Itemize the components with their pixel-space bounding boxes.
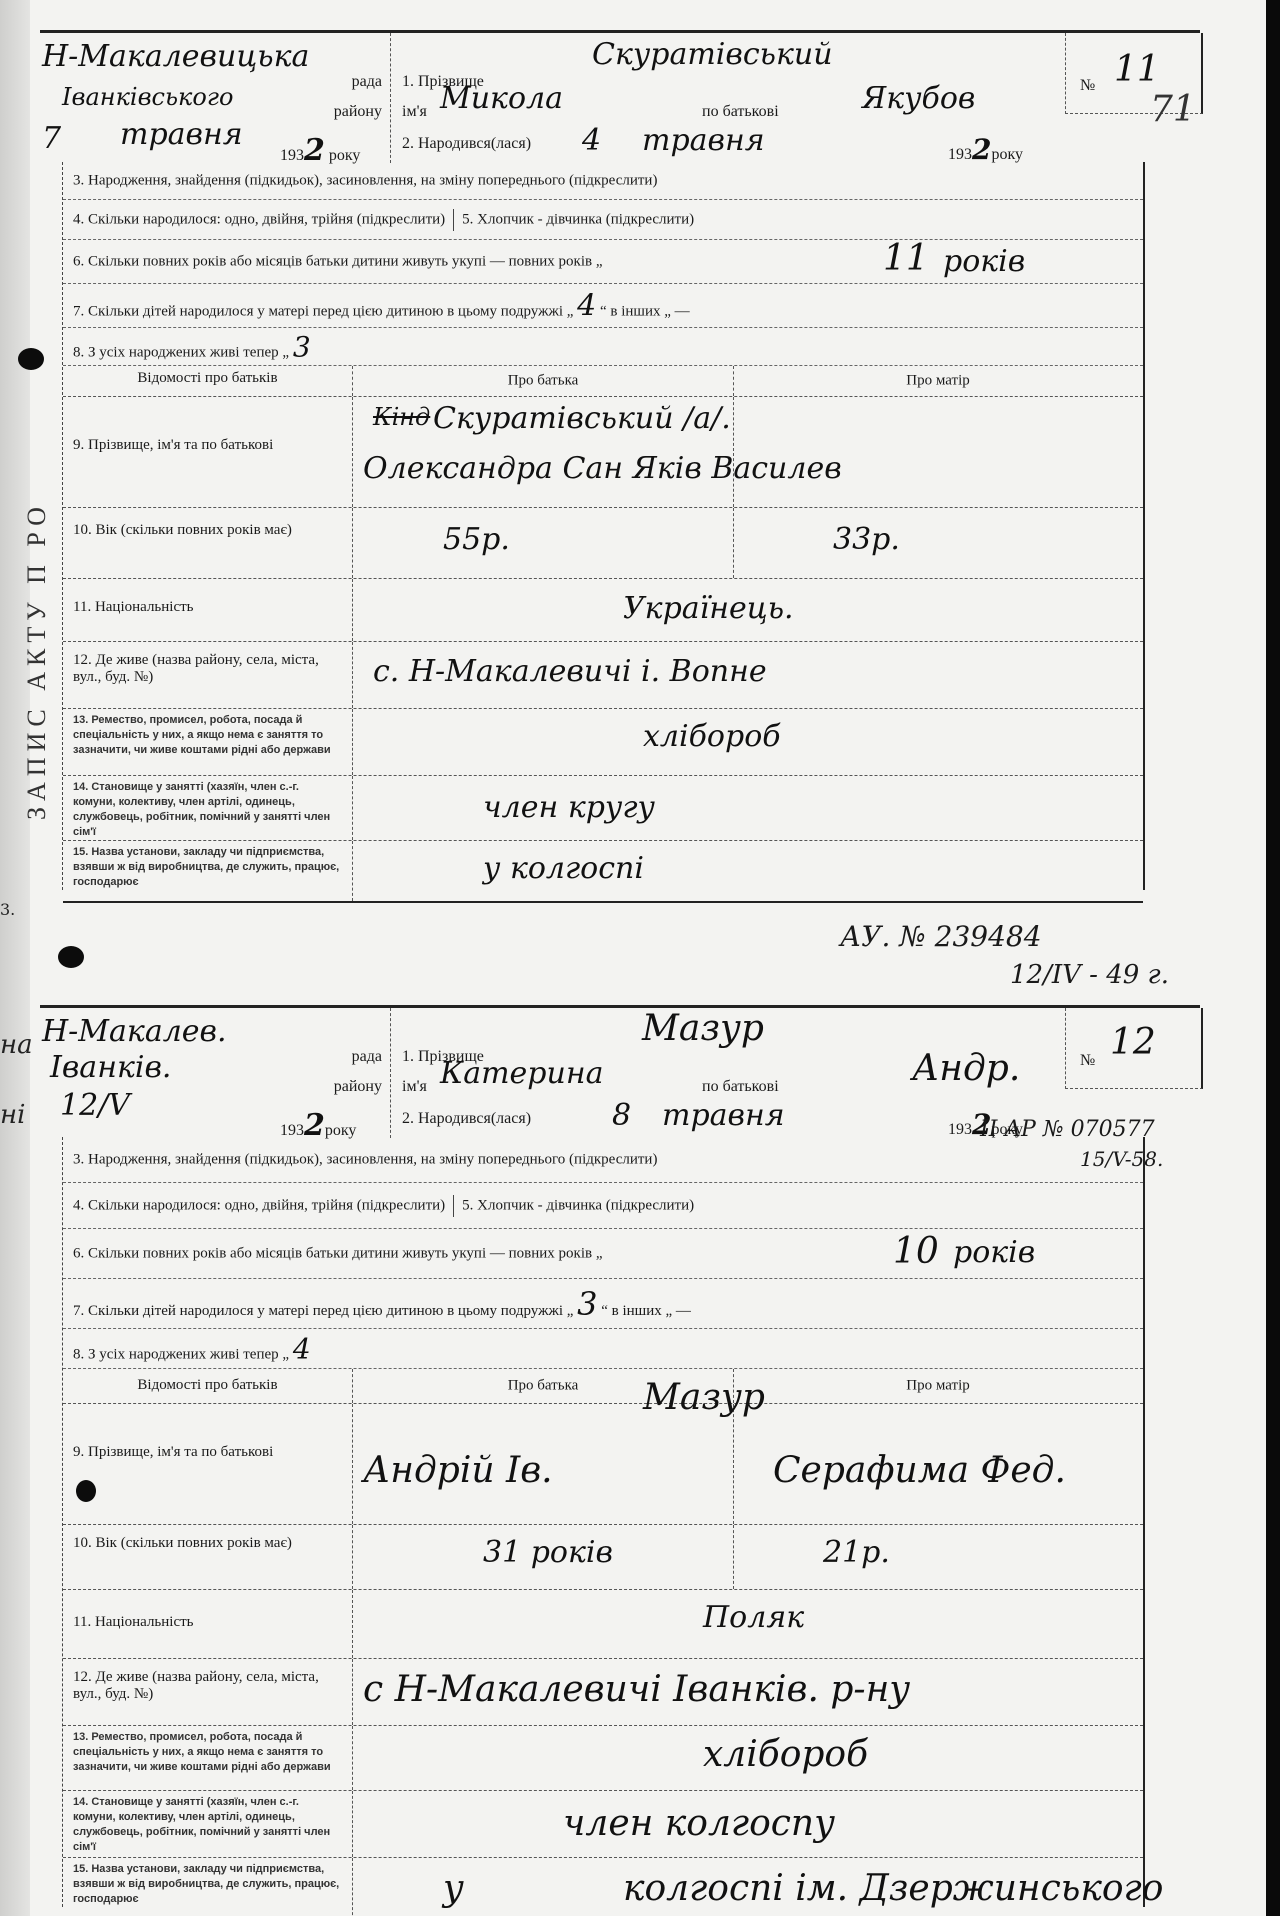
mother-age: 33р. xyxy=(833,522,900,557)
patronymic-value: Андр. xyxy=(912,1048,1020,1089)
mother-age: 21р. xyxy=(823,1535,890,1570)
field-7-other-label: “ в інших „ xyxy=(601,1303,672,1319)
field-11-row: 11. Національність Поляк xyxy=(63,1590,1143,1659)
born-day: 8 xyxy=(612,1098,631,1133)
patronymic-label: по батькові xyxy=(702,1078,779,1096)
field-6-value: 11 xyxy=(883,238,929,279)
field-15-row: 15. Назва установи, закладу чи підприємс… xyxy=(63,841,1143,903)
field-5-label: 5. Хлопчик - дівчинка (підкреслити) xyxy=(462,1197,694,1213)
field-15-row: 15. Назва установи, закладу чи підприємс… xyxy=(63,1858,1143,1916)
field-11-label: 11. Національність xyxy=(63,1590,353,1658)
mother-age-cell: 33р. xyxy=(733,508,1143,578)
field-13-label: 13. Ремество, промисел, робота, посада й… xyxy=(63,709,353,775)
nationality-value: Українець. xyxy=(623,591,794,626)
field-12-row: 12. Де живе (назва району, села, міста, … xyxy=(63,1659,1143,1726)
field-11-label: 11. Національність xyxy=(63,579,353,641)
raionu-label: району xyxy=(334,1078,382,1096)
field-14-label: 14. Становище у занятті (хазяїн, член с.… xyxy=(63,1791,353,1857)
field-8-value: 3 xyxy=(293,330,311,363)
father-age-cell: 31 років xyxy=(353,1525,734,1589)
field-4-label: 4. Скільки народилося: одно, двійня, трі… xyxy=(73,211,445,227)
born-day: 4 xyxy=(582,123,601,158)
field-9-row: 9. Прізвище, ім'я та по батькові Андрій … xyxy=(63,1404,1143,1525)
first-name-label: ім'я xyxy=(402,103,427,121)
registered-month: травня xyxy=(120,117,243,152)
field-3-row: 3. Народження, знайдення (підкидьок), за… xyxy=(63,162,1143,200)
field-10-label: 10. Вік (скільки повних років має) xyxy=(63,508,353,578)
field-15-label: 15. Назва установи, закладу чи підприємс… xyxy=(63,841,353,901)
patronymic-value: Якубов xyxy=(862,81,975,116)
field-6-note: років xyxy=(943,244,1025,279)
field-7-label: 7. Скільки дітей народилося у матері пер… xyxy=(73,303,573,319)
year-prefix: 193 xyxy=(948,146,972,163)
field-14-label: 14. Становище у занятті (хазяїн, член с.… xyxy=(63,776,353,840)
position-value: член колгоспу xyxy=(563,1803,835,1844)
number-sign: № xyxy=(1080,77,1095,95)
field-6-label: 6. Скільки повних років або місяців бать… xyxy=(73,1245,602,1262)
field-3-row: 3. Народження, знайдення (підкидьок), за… xyxy=(63,1137,1143,1183)
mother-header: Про матір xyxy=(733,373,1143,390)
field-4-5-label: 4. Скільки народилося: одно, двійня, трі… xyxy=(73,1195,694,1217)
registered-day: 7 xyxy=(42,121,61,156)
field-4-label: 4. Скільки народилося: одно, двійня, трі… xyxy=(73,1197,445,1213)
field-8-value: 4 xyxy=(293,1332,311,1365)
mother-name: Серафима Фед. xyxy=(773,1450,1066,1491)
field-7-label: 7. Скільки дітей народилося у матері пер… xyxy=(73,1303,573,1319)
field-4-5-row: 4. Скільки народилося: одно, двійня, трі… xyxy=(63,1183,1143,1229)
field-7-value: 3 xyxy=(577,1285,597,1323)
field-10-label: 10. Вік (скільки повних років має) xyxy=(63,1525,353,1589)
field-6-row: 6. Скільки повних років або місяців бать… xyxy=(63,1229,1143,1279)
first-name-label: ім'я xyxy=(402,1078,427,1096)
father-mother-surname: Скуратівський /а/. xyxy=(433,401,731,436)
parents-header-row: Відомості про батьків Про батька Про мат… xyxy=(63,1369,1143,1404)
first-name-value: Микола xyxy=(440,81,563,116)
parents-names: Олександра Сан Яків Василев xyxy=(363,451,842,486)
field-9-label: 9. Прізвище, ім'я та по батькові xyxy=(63,1404,353,1524)
position-value: член кругу xyxy=(483,790,655,825)
field-9-label: 9. Прізвище, ім'я та по батькові xyxy=(63,397,353,507)
field-7-row: 7. Скільки дітей народилося у матері пер… xyxy=(63,284,1143,328)
side-scrap: на xyxy=(0,1030,33,1060)
patronymic-label: по батькові xyxy=(702,103,779,121)
field-8-row: 8. З усіх народжених живі тепер „ 3 xyxy=(63,328,1143,366)
child-identity-block: 1. Прізвище Мазур ім'я Катерина по батьк… xyxy=(392,1008,1062,1138)
residence-value: с Н-Макалевичі Іванків. р-ну xyxy=(363,1669,910,1710)
number-sign: № xyxy=(1080,1052,1095,1070)
field-7-value: 4 xyxy=(577,288,596,323)
village-council-value: Н-Макалев. xyxy=(42,1014,227,1049)
mother-col: Про матір xyxy=(733,1369,1143,1403)
binding-hole xyxy=(58,946,84,968)
father-header: Про батька xyxy=(353,373,733,390)
field-13-row: 13. Ремество, промисел, робота, посада й… xyxy=(63,1726,1143,1791)
registry-annotation-date: 12/IV - 49 г. xyxy=(1010,960,1169,990)
workplace-value: колгоспі ім. Дзержинського xyxy=(623,1868,1163,1909)
scan-edge xyxy=(1266,0,1280,1916)
field-4-5-row: 4. Скільки народилося: одно, двійня, трі… xyxy=(63,200,1143,240)
corner-mark: 71 xyxy=(1150,89,1196,130)
born-month: травня xyxy=(662,1098,785,1133)
field-7-label-wrap: 7. Скільки дітей народилося у матері пер… xyxy=(73,288,690,323)
father-name: Андрій Ів. xyxy=(363,1450,553,1491)
field-12-row: 12. Де живе (назва району, села, міста, … xyxy=(63,642,1143,709)
field-9-row: 9. Прізвище, ім'я та по батькові Кінд Ск… xyxy=(63,397,1143,508)
surname-value: Мазур xyxy=(642,1008,764,1049)
birth-record-1: Н-Макалевицька рада Іванківського району… xyxy=(40,30,1248,890)
occupation-value: хлібороб xyxy=(643,719,781,754)
field-8-label: 8. З усіх народжених живі тепер „ xyxy=(73,1346,289,1362)
record-number: 11 xyxy=(1114,49,1160,90)
mother-col: Про матір xyxy=(733,366,1143,396)
birth-record-2: Н-Макалев. рада Іванків. району 12/V 193… xyxy=(40,1005,1248,1910)
parents-header: Відомості про батьків xyxy=(63,366,353,396)
field-6-label: 6. Скільки повних років або місяців бать… xyxy=(73,253,602,270)
field-13-label: 13. Ремество, промисел, робота, посада й… xyxy=(63,1726,353,1790)
field-14-row: 14. Становище у занятті (хазяїн, член с.… xyxy=(63,776,1143,841)
surname-value: Скуратівський xyxy=(592,37,833,72)
registered-date: 12/V xyxy=(60,1088,130,1123)
field-15-label: 15. Назва установи, закладу чи підприємс… xyxy=(63,1858,353,1916)
father-name-cell: Андрій Ів. xyxy=(353,1404,734,1524)
rada-label: рада xyxy=(352,1048,382,1066)
field-12-label: 12. Де живе (назва району, села, міста, … xyxy=(63,642,353,708)
margin-title: ЗАПИС АКТУ П РО xyxy=(22,340,42,820)
field-13-row: 13. Ремество, промисел, робота, посада й… xyxy=(63,709,1143,776)
field-6-value: 10 xyxy=(893,1231,939,1272)
field-6-row: 6. Скільки повних років або місяців бать… xyxy=(63,240,1143,284)
field-7-other-value: — xyxy=(675,303,690,319)
field-8-label: 8. З усіх народжених живі тепер „ xyxy=(73,344,289,360)
struck-text: Кінд xyxy=(373,403,430,431)
occupation-value: хлібороб xyxy=(703,1734,868,1775)
parents-header: Відомості про батьків xyxy=(63,1369,353,1403)
parents-table: Відомості про батьків Про батька Про мат… xyxy=(63,1369,1143,1916)
field-11-row: 11. Національність Українець. xyxy=(63,579,1143,642)
field-14-row: 14. Становище у занятті (хазяїн, член с.… xyxy=(63,1791,1143,1858)
father-surname: Мазур xyxy=(643,1377,765,1418)
field-3-label: 3. Народження, знайдення (підкидьок), за… xyxy=(73,172,657,189)
father-age: 31 років xyxy=(483,1535,613,1570)
field-8-label-wrap: 8. З усіх народжених живі тепер „ 4 xyxy=(73,1332,311,1365)
year-prefix: 193 xyxy=(948,1121,972,1138)
field-4-5-label: 4. Скільки народилося: одно, двійня, трі… xyxy=(73,209,694,231)
parents-header-row: Відомості про батьків Про батька Про мат… xyxy=(63,366,1143,397)
born-month: травня xyxy=(642,123,765,158)
village-council-value: Н-Макалевицька xyxy=(42,39,309,74)
field-7-other-label: “ в інших „ xyxy=(600,303,671,319)
district-value: Іванків. xyxy=(50,1050,171,1085)
registry-annotation-number: АУ. № 239484 xyxy=(840,920,1042,953)
first-name-value: Катерина xyxy=(440,1056,603,1091)
father-age: 55р. xyxy=(443,522,510,557)
field-6-note: років xyxy=(953,1235,1035,1270)
father-age-cell: 55р. xyxy=(353,508,734,578)
district-value: Іванківського xyxy=(62,83,233,111)
record-body: 3. Народження, знайдення (підкидьок), за… xyxy=(62,162,1145,890)
workplace-prefix: у xyxy=(443,1868,464,1909)
side-scrap: ні xyxy=(0,1100,25,1130)
child-identity-block: 1. Прізвище Скуратівський ім'я Микола по… xyxy=(392,33,1062,163)
record-header: Н-Макалевицька рада Іванківського району… xyxy=(40,30,1200,163)
registry-office-block: Н-Макалев. рада Іванків. району 12/V 193… xyxy=(40,1008,391,1138)
field-10-row: 10. Вік (скільки повних років має) 55р. … xyxy=(63,508,1143,579)
field-3-label: 3. Народження, знайдення (підкидьок), за… xyxy=(73,1151,657,1168)
field-7-label-wrap: 7. Скільки дітей народилося у матері пер… xyxy=(73,1285,691,1323)
record-number-box: № 12 xyxy=(1065,1008,1203,1089)
field-7-other-value: — xyxy=(676,1303,691,1319)
parents-table: Відомості про батьків Про батька Про мат… xyxy=(63,366,1143,903)
mother-name-cell: Серафима Фед. xyxy=(733,1404,1143,1524)
field-12-label: 12. Де живе (назва району, села, міста, … xyxy=(63,1659,353,1725)
field-8-label-wrap: 8. З усіх народжених живі тепер „ 3 xyxy=(73,330,311,363)
field-7-row: 7. Скільки дітей народилося у матері пер… xyxy=(63,1279,1143,1329)
field-8-row: 8. З усіх народжених живі тепер „ 4 xyxy=(63,1329,1143,1369)
nationality-value: Поляк xyxy=(703,1600,804,1635)
registry-office-block: Н-Макалевицька рада Іванківського району… xyxy=(40,33,391,163)
residence-value: с. Н-Макалевичі і. Вопне xyxy=(373,654,767,689)
field-10-row: 10. Вік (скільки повних років має) 31 ро… xyxy=(63,1525,1143,1590)
born-label: 2. Народився(лася) xyxy=(402,1110,531,1128)
record-number: 12 xyxy=(1110,1022,1156,1063)
page-marker: 3. xyxy=(0,900,15,919)
rada-label: рада xyxy=(352,73,382,91)
record-body: 3. Народження, знайдення (підкидьок), за… xyxy=(62,1137,1145,1907)
father-col: Про батька xyxy=(353,366,734,396)
born-label: 2. Народився(лася) xyxy=(402,135,531,153)
roku-label: року xyxy=(991,146,1023,163)
mother-age-cell: 21р. xyxy=(733,1525,1143,1589)
raionu-label: району xyxy=(334,103,382,121)
mother-header: Про матір xyxy=(733,1378,1143,1395)
field-5-label: 5. Хлопчик - дівчинка (підкреслити) xyxy=(462,211,694,227)
left-page-margin xyxy=(0,0,30,1916)
workplace-value: у колгоспі xyxy=(483,851,644,886)
